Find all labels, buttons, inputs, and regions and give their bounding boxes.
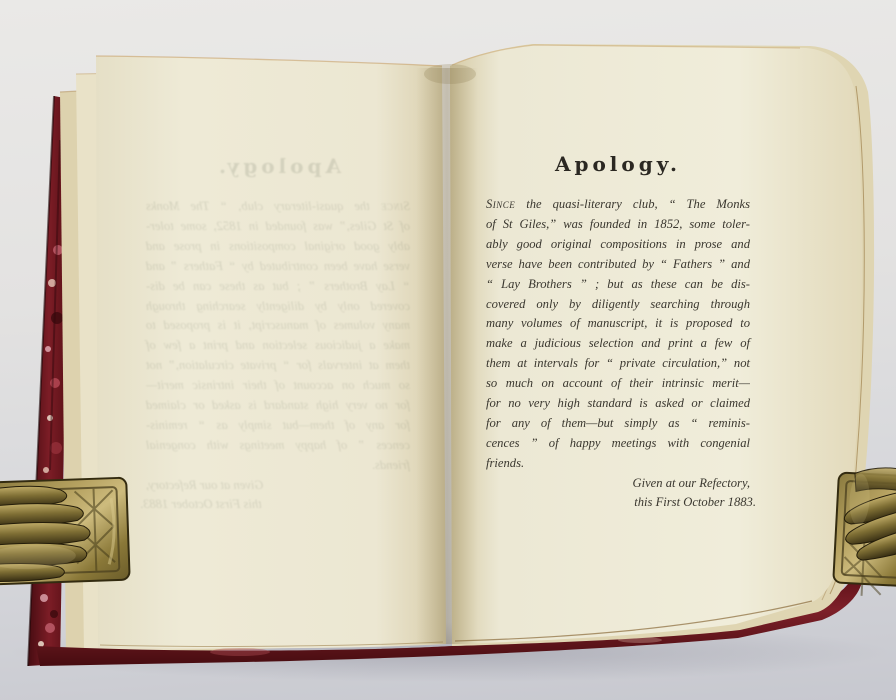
- page-title: Apology.: [486, 152, 750, 176]
- body-line: Since the quasi-literary club, “ The Mon…: [486, 195, 750, 215]
- body-line: many volumes of manuscript, it is propos…: [486, 314, 750, 334]
- leather-wear-patch: [210, 648, 270, 656]
- brass-clasp-right: [833, 465, 896, 599]
- colophon-line-2: this First October 1883.: [486, 493, 756, 513]
- body-line: of St Giles,” was founded in 1852, some …: [486, 215, 750, 235]
- right-page-text: Apology. Since the quasi-literary club, …: [486, 152, 750, 513]
- body-line: covered only by diligently searching thr…: [486, 295, 750, 315]
- body-line: friends.: [486, 454, 750, 474]
- body-line: ably good original compositions in prose…: [486, 235, 750, 255]
- left-page: [96, 56, 446, 648]
- body-line: “ Lay Brothers ” ; but as these can be d…: [486, 275, 750, 295]
- body-line: cences ” of happy meetings with congenia…: [486, 434, 750, 454]
- body-line: make a judicious selection and print a f…: [486, 334, 750, 354]
- gutter-top-shade: [424, 64, 476, 84]
- body-line: for no very high standard is asked or cl…: [486, 394, 750, 414]
- body-line: for any of them—but simply as “ reminis-: [486, 414, 750, 434]
- brass-clasp-left: [0, 478, 130, 585]
- body-line: them at intervals for “ private circulat…: [486, 354, 750, 374]
- open-book-illustration: [0, 0, 896, 700]
- apology-body: Since the quasi-literary club, “ The Mon…: [486, 195, 750, 474]
- colophon-line-1: Given at our Refectory,: [486, 474, 750, 494]
- body-line: so much on account of their intrinsic me…: [486, 374, 750, 394]
- body-line: verse have been contributed by “ Fathers…: [486, 255, 750, 275]
- gutter-shadow: [416, 68, 478, 644]
- book-photo: Apology. Since the quasi-literary club, …: [0, 0, 896, 700]
- lead-word: Since: [486, 197, 515, 211]
